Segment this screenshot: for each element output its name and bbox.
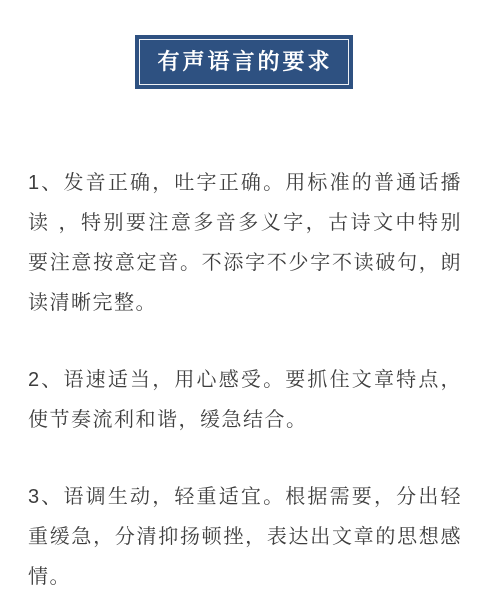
- paragraph-intonation: 3、语调生动，轻重适宜。根据需要，分出轻重缓急，分清抑扬顿挫，表达出文章的思想感…: [28, 477, 462, 597]
- paragraph-speed: 2、语速适当，用心感受。要抓住文章特点，使节奏流利和谐，缓急结合。: [28, 360, 462, 440]
- page: 有声语言的要求 1、发音正确，吐字正确。用标准的普通话播读 ，特别要注意多音多义…: [0, 0, 487, 600]
- paragraph-pronunciation: 1、发音正确，吐字正确。用标准的普通话播读 ，特别要注意多音多义字，古诗文中特别…: [28, 163, 462, 323]
- content: 1、发音正确，吐字正确。用标准的普通话播读 ，特别要注意多音多义字，古诗文中特别…: [0, 163, 487, 597]
- title-inner-border: 有声语言的要求: [139, 39, 349, 85]
- title-box: 有声语言的要求: [135, 35, 353, 89]
- page-title: 有声语言的要求: [154, 51, 332, 73]
